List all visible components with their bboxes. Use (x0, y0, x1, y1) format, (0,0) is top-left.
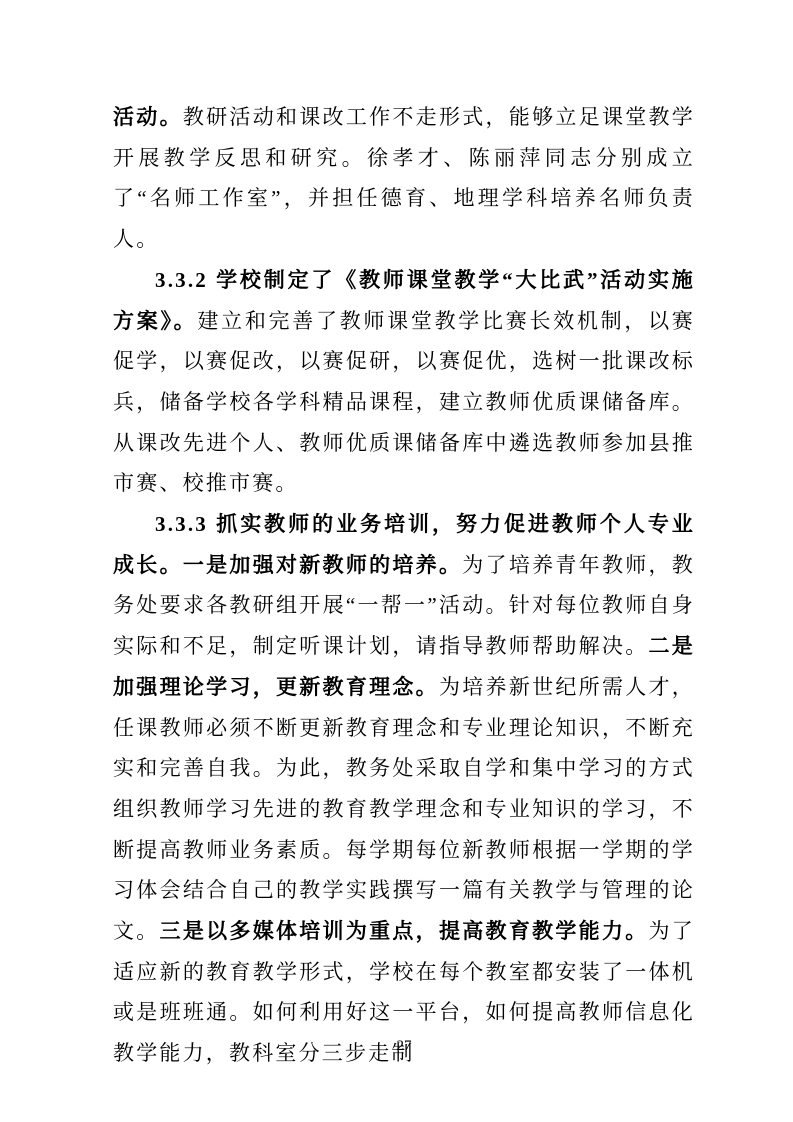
text-run: 教研活动和课改工作不走形式，能够立足课堂教学开展教学反思和研究。徐孝才、陈丽萍同… (113, 105, 695, 251)
text-run: 为培养新世纪所需人才，任课教师必须不断更新教育理念和专业理论知识，不断充实和完善… (113, 675, 695, 943)
paragraph-section-3-3-2: 3.3.2 学校制定了《教师课堂教学“大比武”活动实施方案》。建立和完善了教师课… (113, 260, 695, 504)
page-body-text: 活动。教研活动和课改工作不走形式，能够立足课堂教学开展教学反思和研究。徐孝才、陈… (113, 97, 695, 1074)
document-page: 活动。教研活动和课改工作不走形式，能够立足课堂教学开展教学反思和研究。徐孝才、陈… (0, 0, 793, 1122)
paragraph-section-3-3-3: 3.3.3 抓实教师的业务培训，努力促进教师个人专业成长。一是加强对新教师的培养… (113, 504, 695, 1074)
paragraph-continuation: 活动。教研活动和课改工作不走形式，能够立足课堂教学开展教学反思和研究。徐孝才、陈… (113, 97, 695, 260)
text-run-bold: 三是以多媒体培训为重点，提高教育教学能力。 (160, 919, 649, 943)
text-run-bold: 活动。 (113, 105, 183, 129)
text-run: 建立和完善了教师课堂教学比赛长效机制，以赛促学，以赛促改，以赛促研，以赛促优，选… (113, 309, 695, 496)
page-number: 27 (113, 1036, 695, 1056)
